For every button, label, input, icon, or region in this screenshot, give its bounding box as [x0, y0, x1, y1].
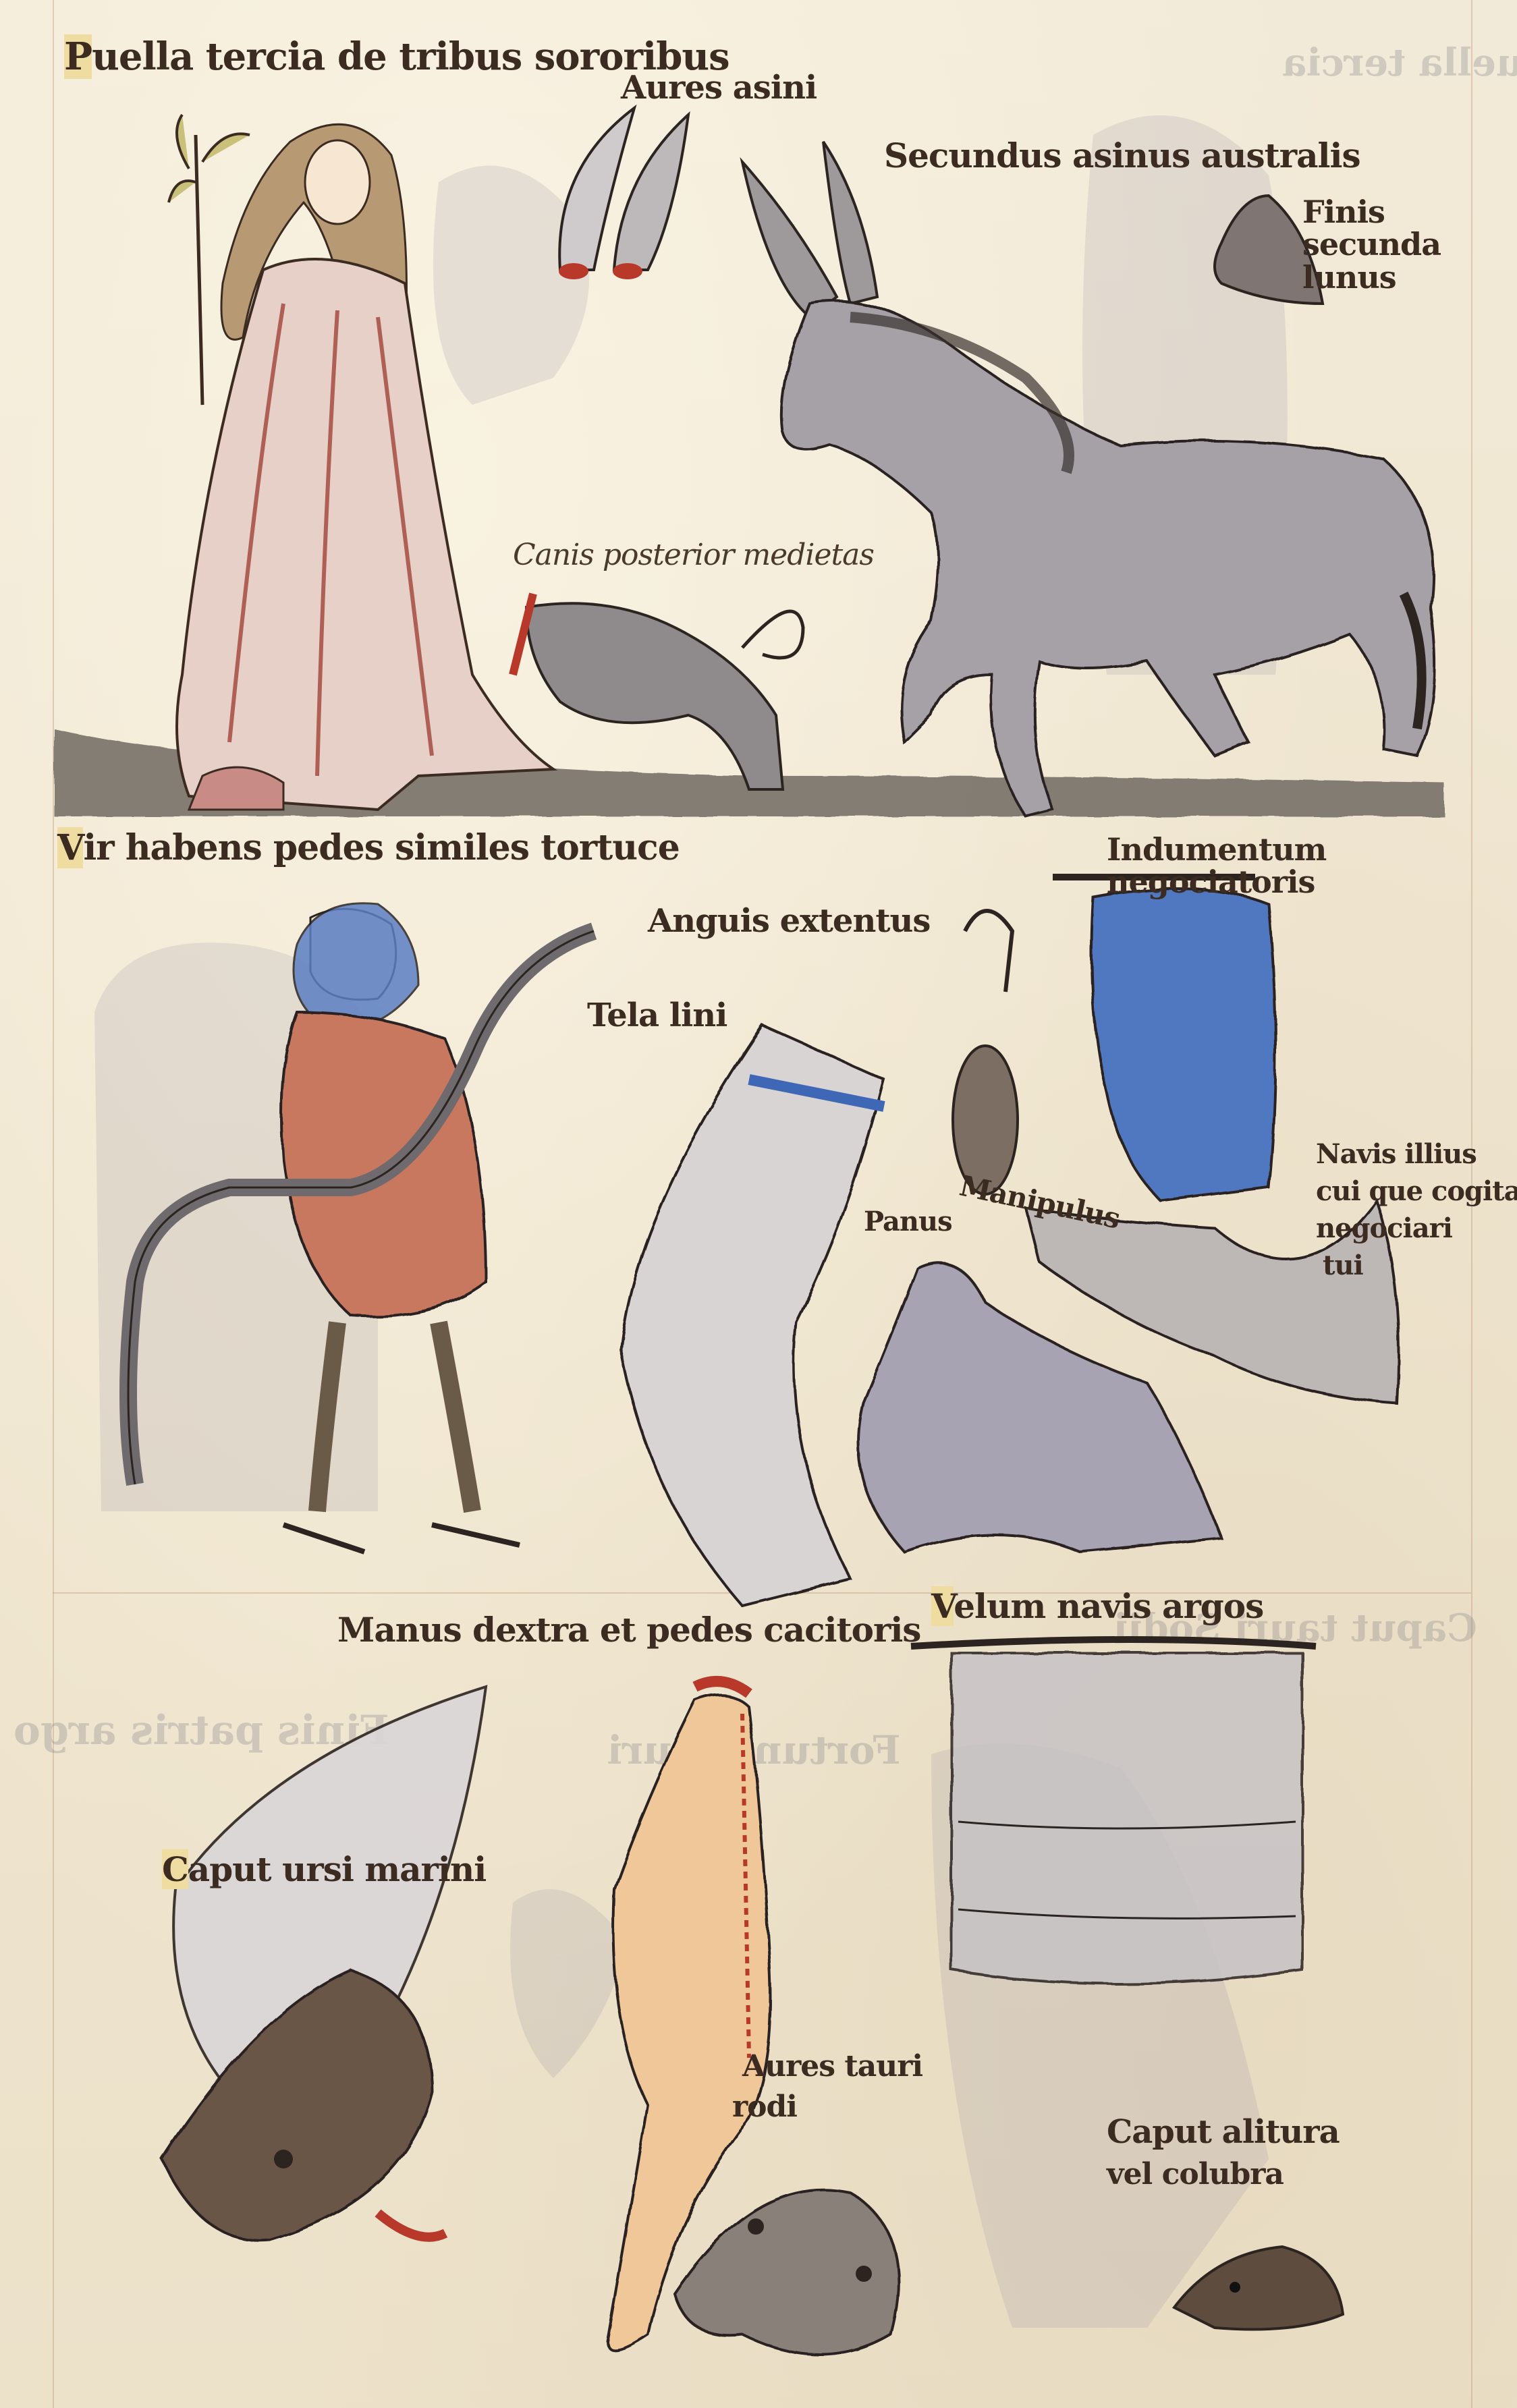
illustration-layer	[0, 0, 1517, 2408]
label-man: Vir habens pedes similes tortuce	[57, 830, 680, 867]
label-ears: Aures asini	[621, 71, 817, 105]
label-donkey: Secundus asinus australis	[884, 138, 1360, 174]
pot-drawing	[953, 911, 1018, 1194]
label-ship-2: cui que cogitat	[1316, 1177, 1517, 1206]
label-snake: Anguis extentus	[648, 904, 930, 938]
label-head-bird-2: vel colubra	[1107, 2159, 1284, 2190]
label-ear-taurus-2: rodi	[732, 2092, 797, 2123]
dog-rear-half	[513, 594, 803, 789]
sail-drawing	[911, 1640, 1316, 1984]
label-boar-head: Caput ursi marini	[162, 1852, 486, 1888]
label-cloth: Tela lini	[587, 999, 727, 1032]
label-garment: Indumentum negociatoris	[1107, 833, 1464, 899]
label-pot: Panus	[864, 1208, 952, 1236]
label-ship-4: tui	[1323, 1252, 1363, 1280]
label-ship-3: negociari	[1316, 1214, 1452, 1243]
label-dog-rear: Canis posterior medietas	[513, 540, 874, 571]
boar-head-drawing	[162, 1687, 486, 2241]
ears-drawing	[559, 108, 688, 279]
label-ear-taurus: Aures tauri	[742, 2051, 922, 2082]
label-cap-line-1: Finis secunda lunus	[1302, 196, 1464, 293]
label-man-caption: Manus dextra et pedes cacitoris	[337, 1613, 920, 1648]
linen-cloth-drawing	[621, 1026, 884, 1606]
creature-head-drawing	[675, 2190, 898, 2355]
label-sail: Velum navis argos	[931, 1589, 1263, 1625]
bird-head-drawing	[1174, 2247, 1343, 2330]
manuscript-folio: Puella tercia Finis patris argo Fortune …	[0, 0, 1517, 2408]
label-head-bird: Caput alitura	[1107, 2115, 1340, 2149]
label-ship-1: Navis illius	[1316, 1140, 1477, 1169]
garment-drawing	[1053, 877, 1275, 1201]
